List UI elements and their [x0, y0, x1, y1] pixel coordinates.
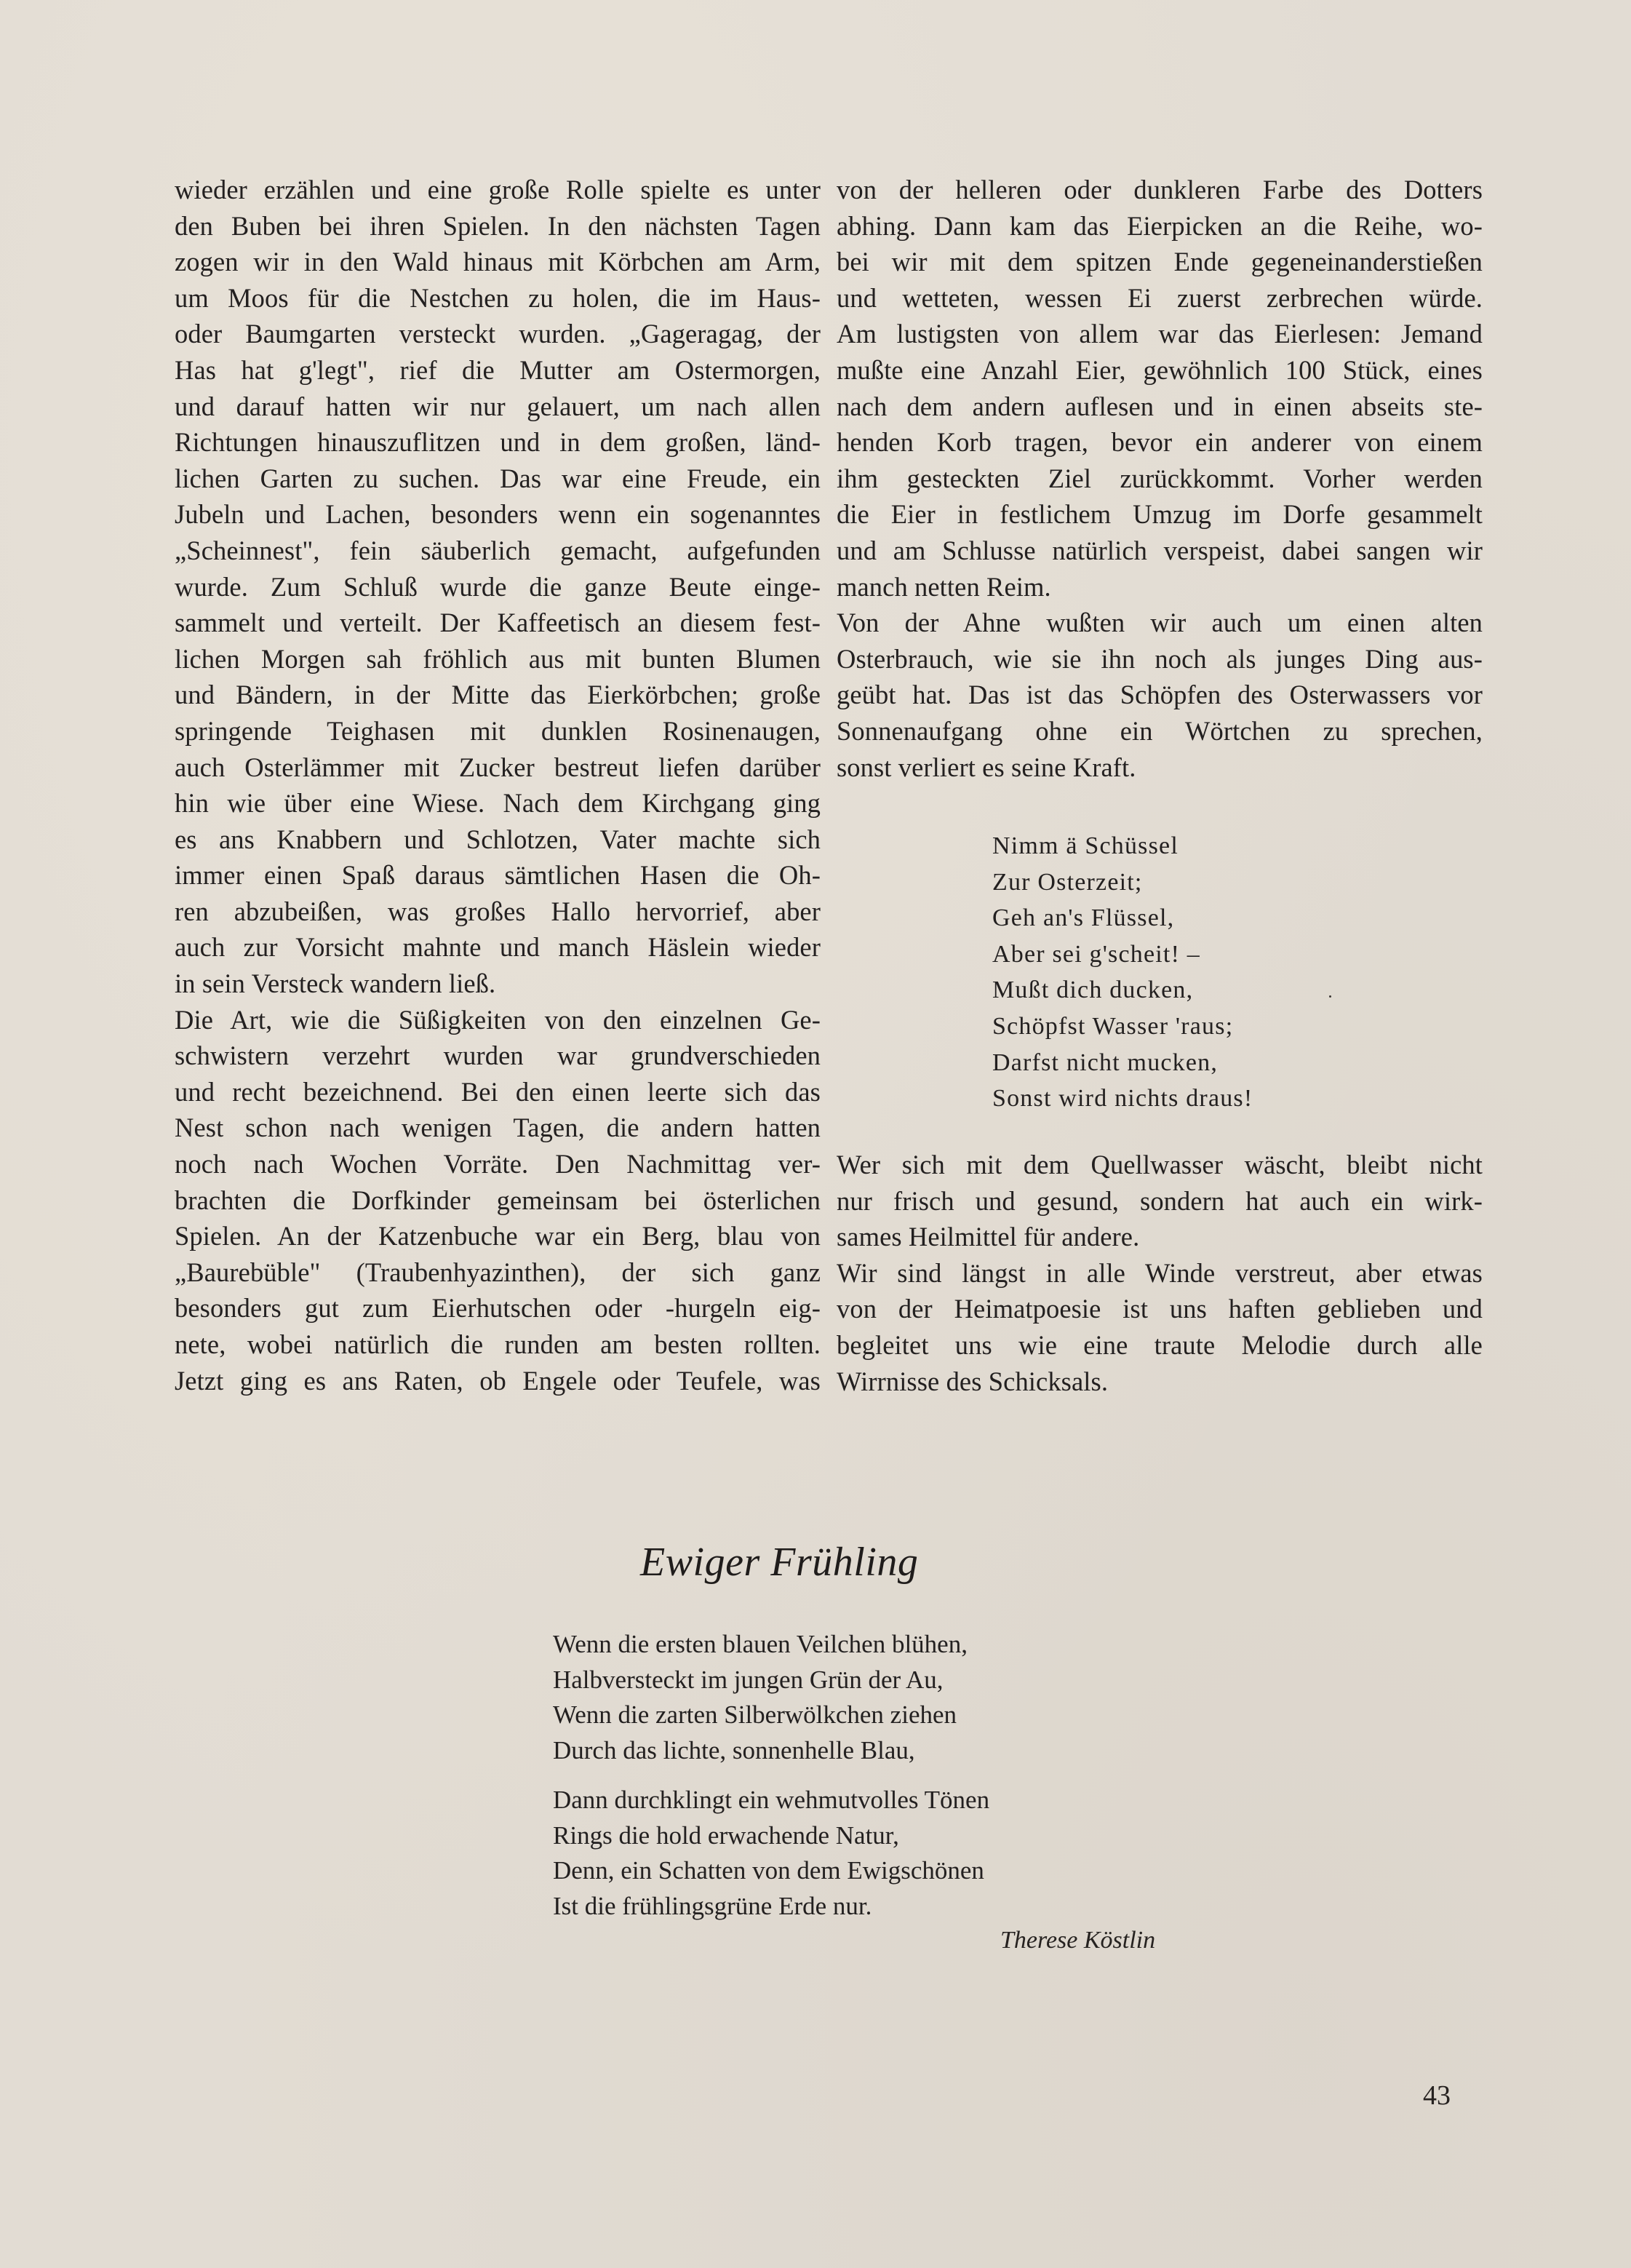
poem-line: Dann durchklingt ein wehmutvolles Tönen — [553, 1783, 989, 1818]
text-line: begleitet uns wie eine traute Melodie du… — [837, 1327, 1483, 1364]
paragraph-end-line: sames Heilmittel für andere. — [837, 1219, 1483, 1255]
text-line: henden Korb tragen, bevor ein anderer vo… — [837, 424, 1483, 461]
paragraph-end-line: Wirrnisse des Schicksals. — [837, 1364, 1483, 1400]
text-line: und recht bezeichnend. Bei den einen lee… — [175, 1074, 821, 1110]
text-line: von der helleren oder dunkleren Farbe de… — [837, 172, 1483, 208]
text-line: hin wie über eine Wiese. Nach dem Kirchg… — [175, 785, 821, 821]
text-line: und Bändern, in der Mitte das Eierkörbch… — [175, 677, 821, 713]
verse-line: Zur Osterzeit; — [992, 864, 1253, 901]
text-line: wieder erzählen und eine große Rolle spi… — [175, 172, 821, 208]
text-line: Wir sind längst in alle Winde verstreut,… — [837, 1255, 1483, 1292]
verse-line: Sonst wird nichts draus! — [992, 1081, 1253, 1117]
text-line: Nest schon nach wenigen Tagen, die ander… — [175, 1110, 821, 1146]
easter-water-verse: Nimm ä Schüssel Zur Osterzeit; Geh an's … — [992, 828, 1253, 1117]
text-line: von der Heimatpoesie ist uns haften gebl… — [837, 1291, 1483, 1327]
verse-line: Aber sei g'scheit! – — [992, 936, 1253, 973]
text-line: lichen Garten zu suchen. Das war eine Fr… — [175, 461, 821, 497]
text-line: Wer sich mit dem Quellwasser wäscht, ble… — [837, 1147, 1483, 1183]
text-line: auch zur Vorsicht mahnte und manch Häsle… — [175, 929, 821, 966]
text-line: Von der Ahne wußten wir auch um einen al… — [837, 605, 1483, 641]
poem-line: Wenn die ersten blauen Veilchen blühen, — [553, 1627, 989, 1663]
text-line: Richtungen hinauszuflitzen und in dem gr… — [175, 424, 821, 461]
paragraph-end-line: sonst verliert es seine Kraft. — [837, 749, 1483, 786]
poem-line: Ist die frühlingsgrüne Erde nur. — [553, 1889, 989, 1925]
text-line: lichen Morgen sah fröhlich aus mit bunte… — [175, 641, 821, 677]
text-line: Has hat g'legt", rief die Mutter am Oste… — [175, 352, 821, 389]
text-line: Die Art, wie die Süßigkeiten von den ein… — [175, 1002, 821, 1038]
text-line: wurde. Zum Schluß wurde die ganze Beute … — [175, 569, 821, 605]
magazine-page: wieder erzählen und eine große Rolle spi… — [0, 0, 1631, 2268]
text-line: Jetzt ging es ans Raten, ob Engele oder … — [175, 1363, 821, 1399]
text-line: um Moos für die Nestchen zu holen, die i… — [175, 280, 821, 317]
text-line: und am Schlusse natürlich verspeist, dab… — [837, 533, 1483, 569]
text-line: sammelt und verteilt. Der Kaffeetisch an… — [175, 605, 821, 641]
poem-title: Ewiger Frühling — [640, 1537, 918, 1588]
text-line: Am lustigsten von allem war das Eierlese… — [837, 316, 1483, 352]
text-line: und darauf hatten wir nur gelauert, um n… — [175, 389, 821, 425]
text-line: Osterbrauch, wie sie ihn noch als junges… — [837, 641, 1483, 677]
text-line: besonders gut zum Eierhutschen oder -hur… — [175, 1290, 821, 1326]
verse-line: Geh an's Flüssel, — [992, 900, 1253, 936]
text-line: springende Teighasen mit dunklen Rosinen… — [175, 713, 821, 749]
text-line: ihm gesteckten Ziel zurückkommt. Vorher … — [837, 461, 1483, 497]
text-line: geübt hat. Das ist das Schöpfen des Oste… — [837, 677, 1483, 713]
text-line: nur frisch und gesund, sondern hat auch … — [837, 1183, 1483, 1219]
poem-line: Durch das lichte, sonnenhelle Blau, — [553, 1733, 989, 1769]
text-line: Sonnenaufgang ohne ein Wörtchen zu sprec… — [837, 713, 1483, 749]
stanza-break — [553, 1768, 989, 1783]
text-line: die Eier in festlichem Umzug im Dorfe ge… — [837, 496, 1483, 533]
text-line: immer einen Spaß daraus sämtlichen Hasen… — [175, 857, 821, 894]
text-line: auch Osterlämmer mit Zucker bestreut lie… — [175, 749, 821, 786]
text-line: noch nach Wochen Vorräte. Den Nachmittag… — [175, 1146, 821, 1182]
verse-line: Darfst nicht mucken, — [992, 1045, 1253, 1081]
verse-line: Nimm ä Schüssel — [992, 828, 1253, 864]
poem-line: Rings die hold erwachende Natur, — [553, 1818, 989, 1854]
print-speck — [1329, 995, 1331, 998]
article-left-column: wieder erzählen und eine große Rolle spi… — [175, 172, 821, 1398]
text-line: zogen wir in den Wald hinaus mit Körbche… — [175, 244, 821, 280]
article-right-column-closing: Wer sich mit dem Quellwasser wäscht, ble… — [837, 1147, 1483, 1399]
page-number: 43 — [1423, 2080, 1451, 2112]
text-line: oder Baumgarten versteckt wurden. „Gager… — [175, 316, 821, 352]
text-line: abhing. Dann kam das Eierpicken an die R… — [837, 208, 1483, 244]
text-line: „Baurebüble" (Traubenhyazinthen), der si… — [175, 1254, 821, 1291]
poem-author: Therese Köstlin — [1000, 1925, 1155, 1957]
text-line: bei wir mit dem spitzen Ende gegeneinand… — [837, 244, 1483, 280]
text-line: brachten die Dorfkinder gemeinsam bei ös… — [175, 1182, 821, 1219]
text-line: nach dem andern auflesen und in einen ab… — [837, 389, 1483, 425]
text-line: nete, wobei natürlich die runden am best… — [175, 1326, 821, 1363]
verse-line: Schöpfst Wasser 'raus; — [992, 1008, 1253, 1045]
poem-line: Wenn die zarten Silberwölkchen ziehen — [553, 1698, 989, 1733]
text-line: ren abzubeißen, was großes Hallo hervorr… — [175, 894, 821, 930]
text-line: schwistern verzehrt wurden war grundvers… — [175, 1038, 821, 1074]
text-line: es ans Knabbern und Schlotzen, Vater mac… — [175, 821, 821, 858]
text-line: „Scheinnest", fein säuberlich gemacht, a… — [175, 533, 821, 569]
paragraph-end-line: manch netten Reim. — [837, 569, 1483, 605]
text-line: mußte eine Anzahl Eier, gewöhnlich 100 S… — [837, 352, 1483, 389]
text-line: und wetteten, wessen Ei zuerst zerbreche… — [837, 280, 1483, 317]
text-line: den Buben bei ihren Spielen. In den näch… — [175, 208, 821, 244]
verse-line: Mußt dich ducken, — [992, 972, 1253, 1008]
article-right-column: von der helleren oder dunkleren Farbe de… — [837, 172, 1483, 785]
text-line: Jubeln und Lachen, besonders wenn ein so… — [175, 496, 821, 533]
text-line: Spielen. An der Katzenbuche war ein Berg… — [175, 1218, 821, 1254]
paragraph-end-line: in sein Versteck wandern ließ. — [175, 966, 821, 1002]
poem-body: Wenn die ersten blauen Veilchen blühen, … — [553, 1627, 989, 1924]
poem-line: Halbversteckt im jungen Grün der Au, — [553, 1663, 989, 1698]
poem-line: Denn, ein Schatten von dem Ewigschönen — [553, 1853, 989, 1889]
